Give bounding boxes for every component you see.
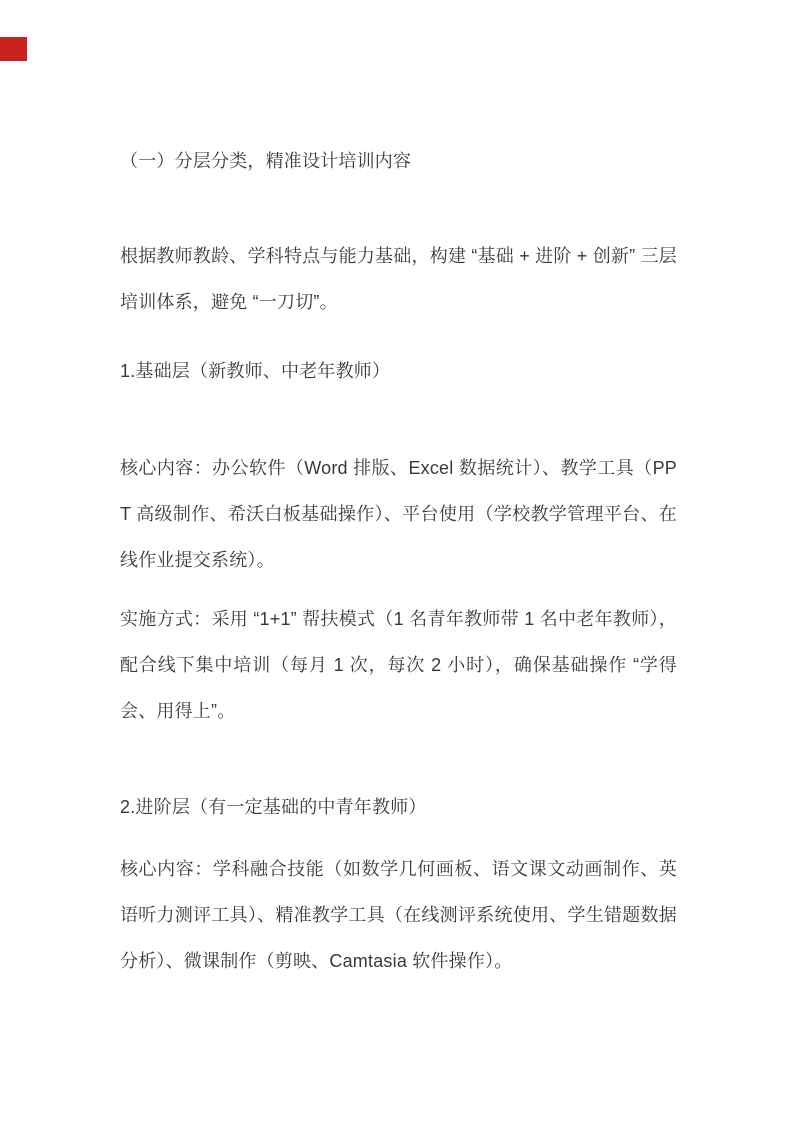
paragraph-advanced-tier-core-content: 核心内容：学科融合技能（如数学几何画板、语文课文动画制作、英语听力测评工具）、精… [120,846,677,984]
document-page: （一）分层分类，精准设计培训内容 根据教师教龄、学科特点与能力基础，构建 “基础… [0,0,793,1122]
section-heading: （一）分层分类，精准设计培训内容 [120,138,677,184]
subheading-basic-tier: 1.基础层（新教师、中老年教师） [120,348,677,394]
subheading-advanced-tier: 2.进阶层（有一定基础的中青年教师） [120,784,677,830]
paragraph-training-system-overview: 根据教师教龄、学科特点与能力基础，构建 “基础 + 进阶 + 创新” 三层培训体… [120,233,677,325]
document-content: （一）分层分类，精准设计培训内容 根据教师教龄、学科特点与能力基础，构建 “基础… [120,0,677,984]
red-annotation-marker [0,37,27,61]
paragraph-basic-tier-implementation: 实施方式：采用 “1+1” 帮扶模式（1 名青年教师带 1 名中老年教师），配合… [120,596,677,734]
paragraph-basic-tier-core-content: 核心内容：办公软件（Word 排版、Excel 数据统计）、教学工具（PPT 高… [120,445,677,583]
